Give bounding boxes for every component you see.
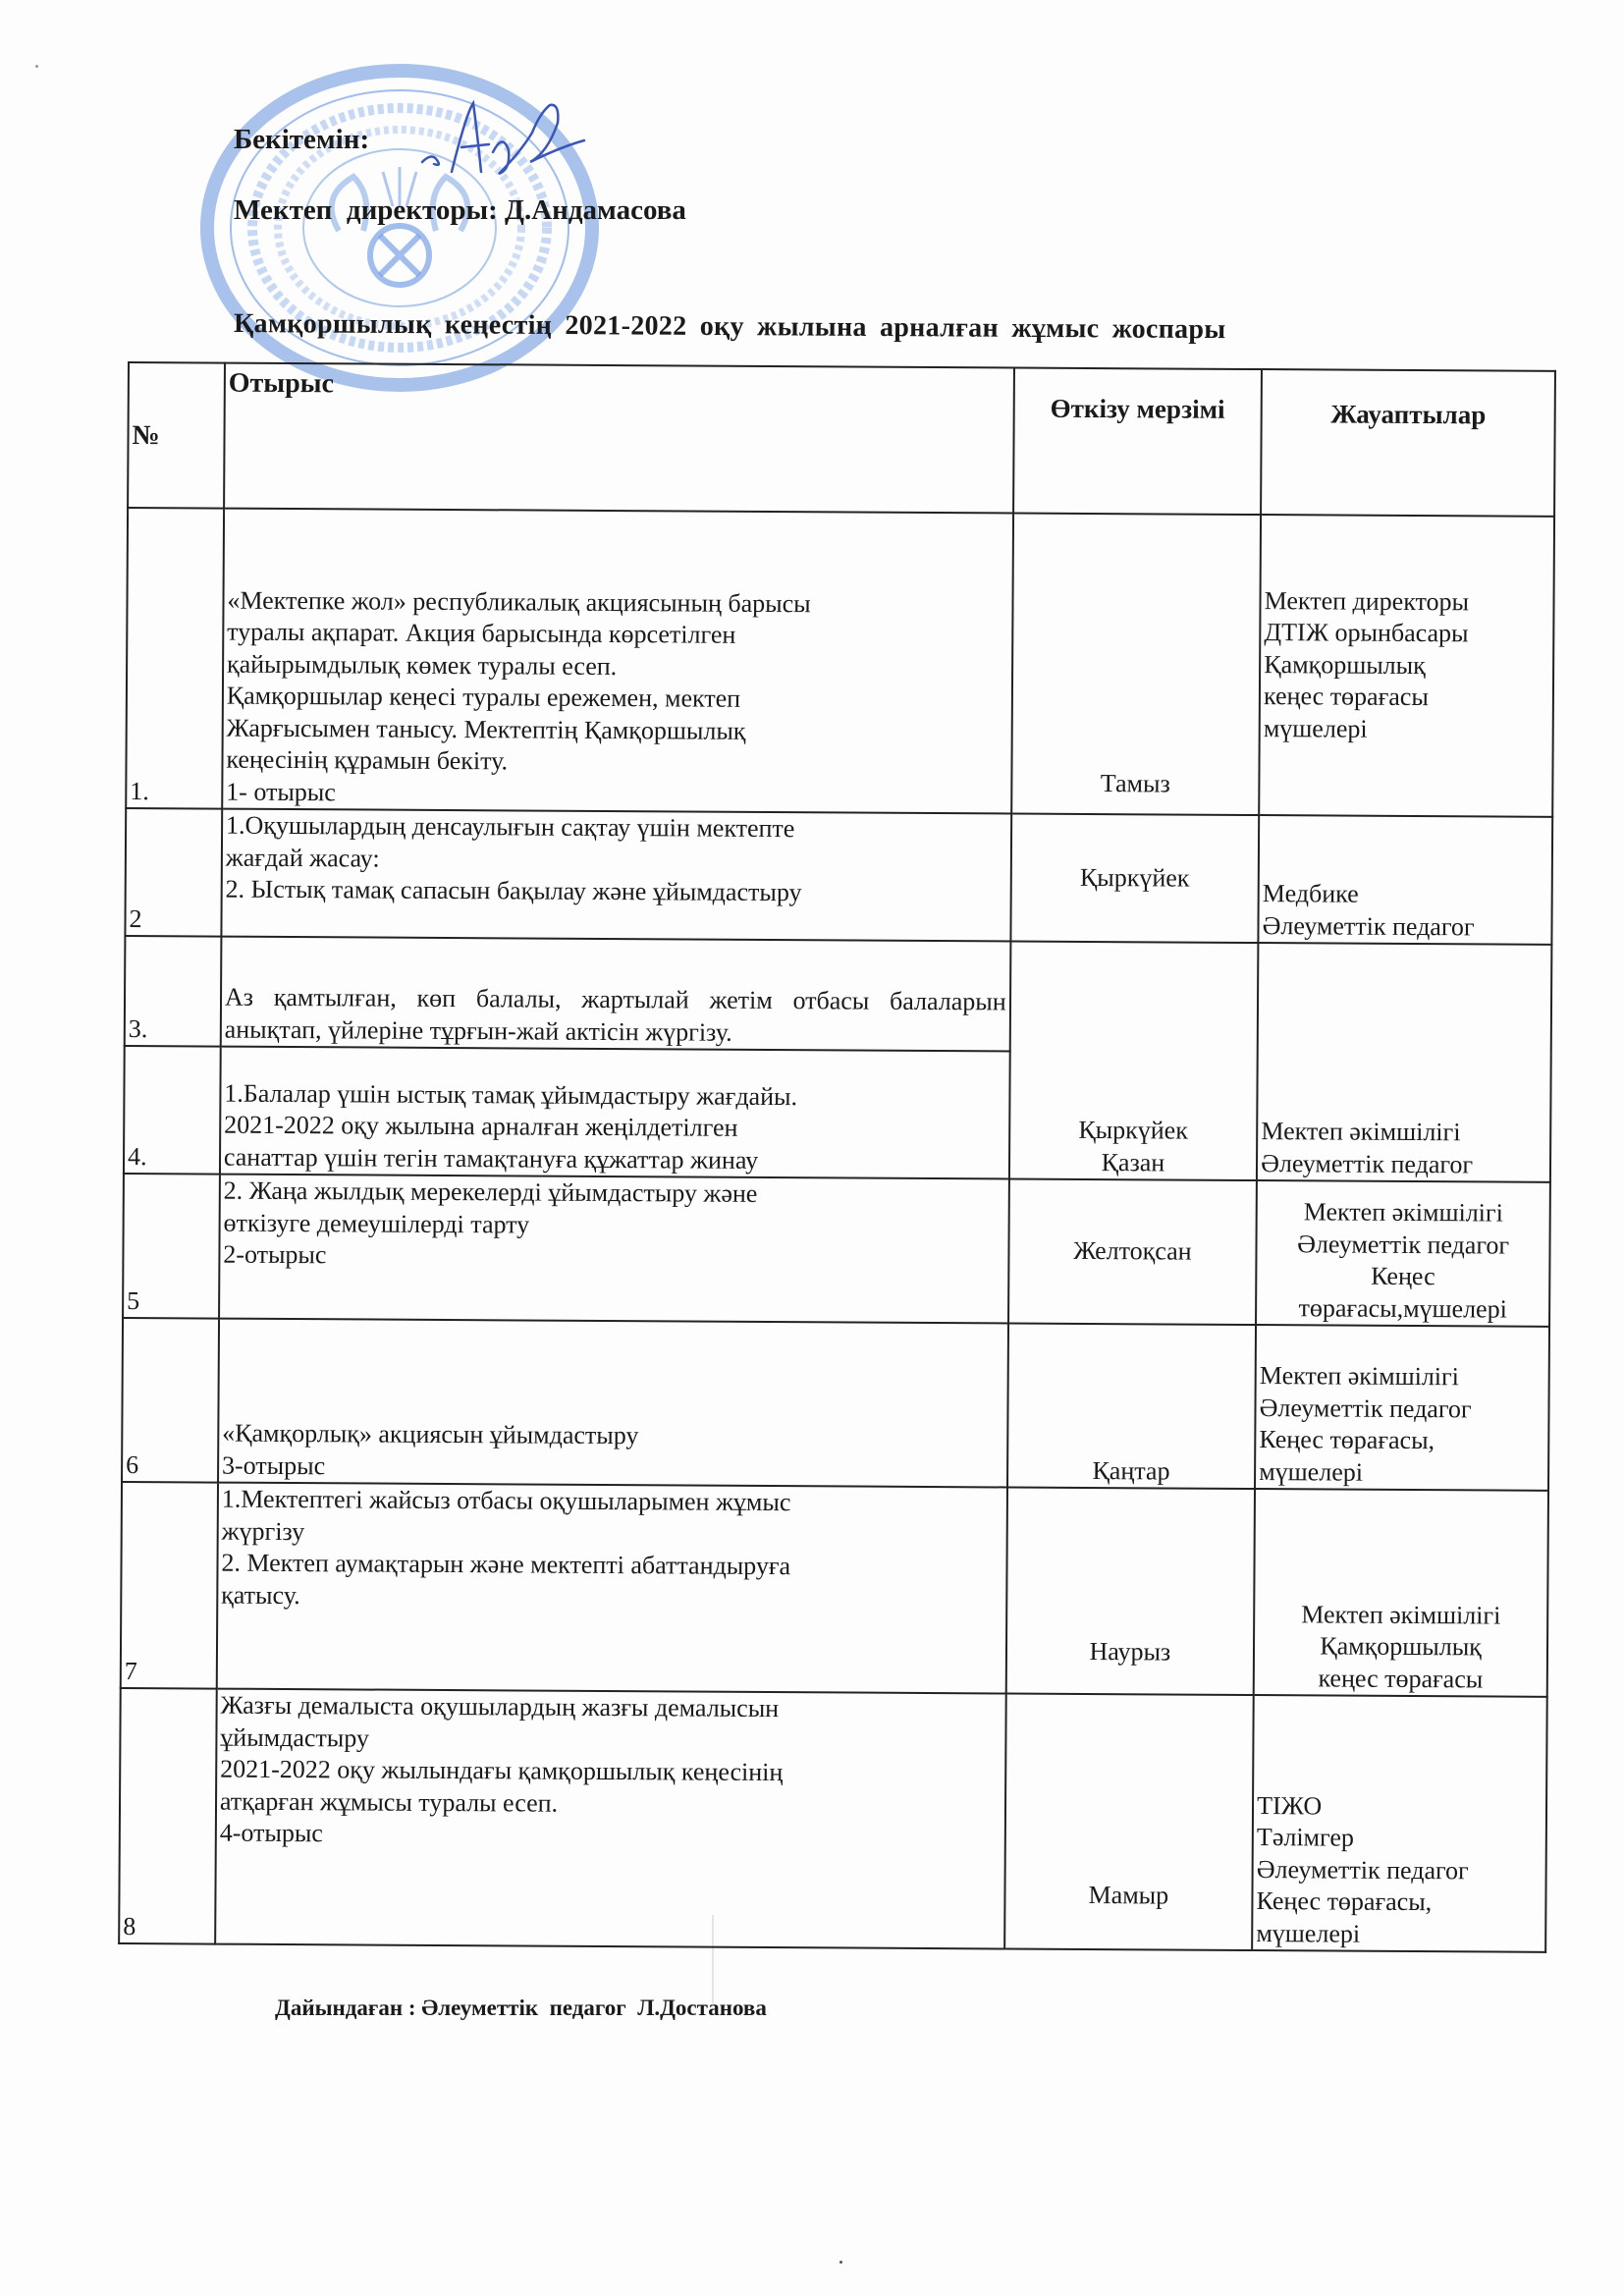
director-line: Мектеп директоры: Д.Андамасова bbox=[234, 196, 686, 225]
responsible-cell: ТІЖО Тәлімгер Әлеуметтік педагог Кеңес т… bbox=[1252, 1695, 1546, 1952]
session-text: Аз қамтылған, көп балалы, жартылай жетім… bbox=[221, 937, 1010, 1052]
table-row: 8 Жазғы демалыста оқушылардың жазғы дема… bbox=[119, 1688, 1547, 1952]
responsible-cell: Мектеп әкімшілігі Әлеуметтік педагог Кең… bbox=[1256, 1180, 1550, 1327]
session-text: 1.Оқушылардың денсаулығын сақтау үшін ме… bbox=[221, 809, 1011, 942]
date-cell: Тамыз bbox=[1011, 514, 1261, 816]
date-cell: Мамыр bbox=[1004, 1693, 1254, 1950]
table-row: 1. «Мектепке жол» республикалық акциясын… bbox=[126, 508, 1554, 817]
table-row: 6 «Қамқорлық» акциясын ұйымдастыру 3-оты… bbox=[122, 1318, 1549, 1491]
table-header-row: № Отырыс Өткізу мерзімі Жауаптылар bbox=[128, 362, 1555, 517]
date-cell: Қыркүйек bbox=[1010, 814, 1259, 944]
scan-artifact bbox=[35, 65, 38, 68]
responsible-cell: Мектеп әкімшілігі Әлеуметтік педагог Кең… bbox=[1255, 1325, 1549, 1491]
row-number: 3. bbox=[125, 936, 222, 1047]
session-text: 2. Жаңа жылдық мерекелерді ұйымдастыру ж… bbox=[219, 1175, 1009, 1324]
table-row: 2 1.Оқушылардың денсаулығын сақтау үшін … bbox=[125, 808, 1552, 945]
session-text: «Қамқорлық» акциясын ұйымдастыру 3-отыры… bbox=[218, 1319, 1008, 1488]
row-number: 4. bbox=[124, 1046, 221, 1175]
document-title: Қамқоршылық кеңестің 2021-2022 оқу жылын… bbox=[234, 310, 1226, 344]
session-text: «Мектепке жол» республикалық акциясының … bbox=[222, 509, 1013, 814]
row-number: 1. bbox=[126, 508, 224, 809]
session-text: 1.Мектептегі жайсыз отбасы оқушыларымен … bbox=[217, 1483, 1007, 1694]
table-row: 7 1.Мектептегі жайсыз отбасы оқушыларыме… bbox=[121, 1482, 1548, 1697]
responsible-cell: Мектеп директоры ДТІЖ орынбасары Қамқорш… bbox=[1259, 515, 1554, 817]
responsible-cell: Мектеп әкімшілігі Қамқоршылық кеңес төра… bbox=[1254, 1489, 1548, 1697]
responsible-cell: Медбике Әлеуметтік педагог bbox=[1259, 815, 1553, 945]
scan-artifact bbox=[839, 2261, 842, 2264]
session-text: Жазғы демалыста оқушылардың жазғы демалы… bbox=[215, 1689, 1005, 1949]
header-session: Отырыс bbox=[224, 363, 1014, 514]
row-number: 6 bbox=[122, 1318, 219, 1483]
date-cell: Желтоқсан bbox=[1008, 1178, 1257, 1325]
header-no: № bbox=[128, 362, 225, 509]
table-row: 3. Аз қамтылған, көп балалы, жартылай же… bbox=[125, 936, 1552, 1055]
session-text: 1.Балалар үшін ыстық тамақ ұйымдастыру ж… bbox=[220, 1047, 1010, 1179]
date-cell: Қыркүйек Қазан bbox=[1009, 942, 1259, 1181]
row-number: 2 bbox=[125, 808, 222, 937]
work-plan-table: № Отырыс Өткізу мерзімі Жауаптылар 1. «М… bbox=[118, 361, 1556, 1953]
row-number: 5 bbox=[123, 1174, 220, 1319]
responsible-cell: Мектеп әкімшілігі Әлеуметтік педагог bbox=[1257, 943, 1551, 1182]
table-row: 5 2. Жаңа жылдық мерекелерді ұйымдастыру… bbox=[123, 1174, 1550, 1327]
prepared-by: Дайындаған : Әлеуметтік педагог Л.Достан… bbox=[275, 1995, 767, 2021]
date-cell: Наурыз bbox=[1005, 1487, 1255, 1695]
header-date: Өткізу мерзімі bbox=[1013, 368, 1262, 516]
document-page: Бекітемін: Мектеп директоры: Д.Андамасов… bbox=[0, 0, 1624, 2296]
row-number: 7 bbox=[121, 1482, 218, 1689]
header-responsible: Жауаптылар bbox=[1261, 369, 1555, 517]
date-cell: Қаңтар bbox=[1007, 1323, 1256, 1489]
approval-label: Бекітемін: bbox=[234, 126, 369, 154]
row-number: 8 bbox=[119, 1688, 216, 1944]
signature-icon bbox=[412, 93, 589, 201]
official-stamp-icon bbox=[191, 59, 604, 393]
